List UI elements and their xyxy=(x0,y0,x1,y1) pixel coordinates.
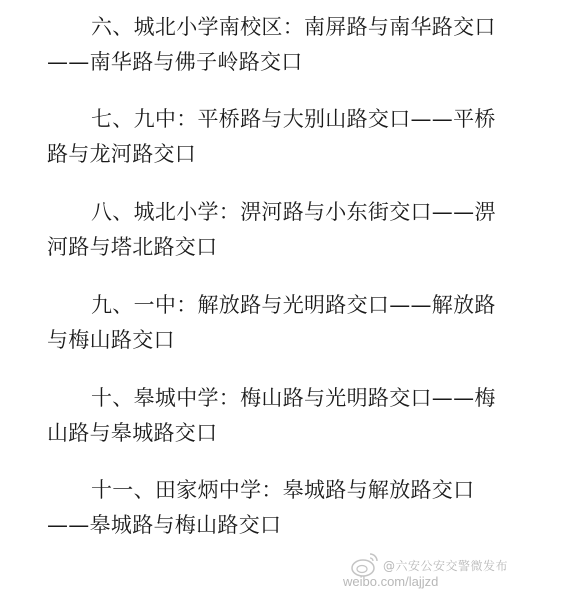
paragraph-item-6: 六、城北小学南校区：南屏路与南华路交口 ——南华路与佛子岭路交口 xyxy=(47,10,517,80)
paragraph-line-2: 山路与皋城路交口 xyxy=(47,416,517,451)
paragraph-line-1: 六、城北小学南校区：南屏路与南华路交口 xyxy=(47,10,517,45)
paragraph-line-1: 八、城北小学：淠河路与小东街交口——淠 xyxy=(47,195,517,230)
paragraph-item-8: 八、城北小学：淠河路与小东街交口——淠 河路与塔北路交口 xyxy=(47,195,517,265)
paragraph-item-7: 七、九中：平桥路与大别山路交口——平桥 路与龙河路交口 xyxy=(47,102,517,172)
watermark-url: weibo.com/lajjzd xyxy=(343,574,438,589)
paragraph-line-2: 与梅山路交口 xyxy=(47,323,517,358)
paragraph-line-1: 七、九中：平桥路与大别山路交口——平桥 xyxy=(47,102,517,137)
paragraph-item-10: 十、皋城中学：梅山路与光明路交口——梅 山路与皋城路交口 xyxy=(47,381,517,451)
paragraph-line-2: ——南华路与佛子岭路交口 xyxy=(47,45,517,80)
paragraph-line-1: 十、皋城中学：梅山路与光明路交口——梅 xyxy=(47,381,517,416)
paragraph-line-2: 路与龙河路交口 xyxy=(47,137,517,172)
watermark-handle: @六安公安交警微发布 xyxy=(383,557,508,574)
paragraph-line-1: 十一、田家炳中学：皋城路与解放路交口 xyxy=(47,473,517,508)
paragraph-line-2: 河路与塔北路交口 xyxy=(47,230,517,265)
paragraph-line-1: 九、一中：解放路与光明路交口——解放路 xyxy=(47,288,517,323)
paragraph-item-9: 九、一中：解放路与光明路交口——解放路 与梅山路交口 xyxy=(47,288,517,358)
paragraph-item-11: 十一、田家炳中学：皋城路与解放路交口 ——皋城路与梅山路交口 xyxy=(47,473,517,543)
paragraph-line-2: ——皋城路与梅山路交口 xyxy=(47,508,517,543)
